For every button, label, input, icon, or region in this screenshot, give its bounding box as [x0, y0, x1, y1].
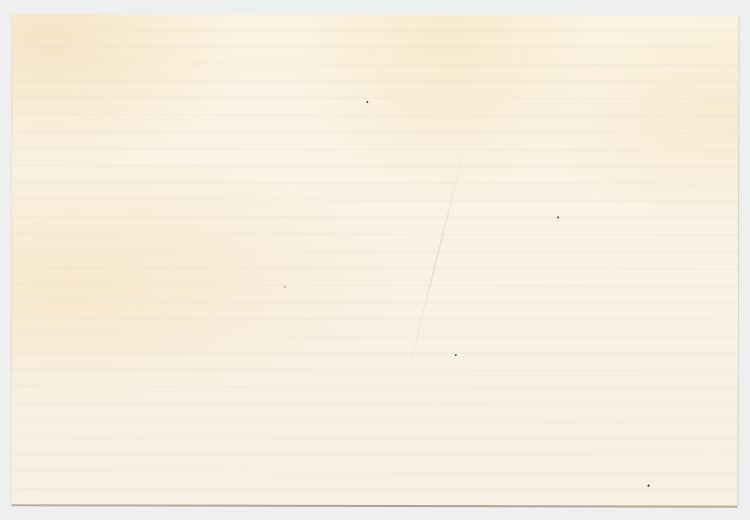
- show-through-texture: [11, 14, 738, 506]
- paper-speck: [455, 354, 457, 356]
- paper-speck: [284, 286, 286, 288]
- paper-card: [11, 14, 738, 506]
- paper-speck: [557, 216, 559, 218]
- scan-background: [0, 0, 750, 520]
- paper-speck: [366, 101, 368, 103]
- paper-speck: [648, 485, 650, 487]
- paper-crease: [406, 135, 468, 378]
